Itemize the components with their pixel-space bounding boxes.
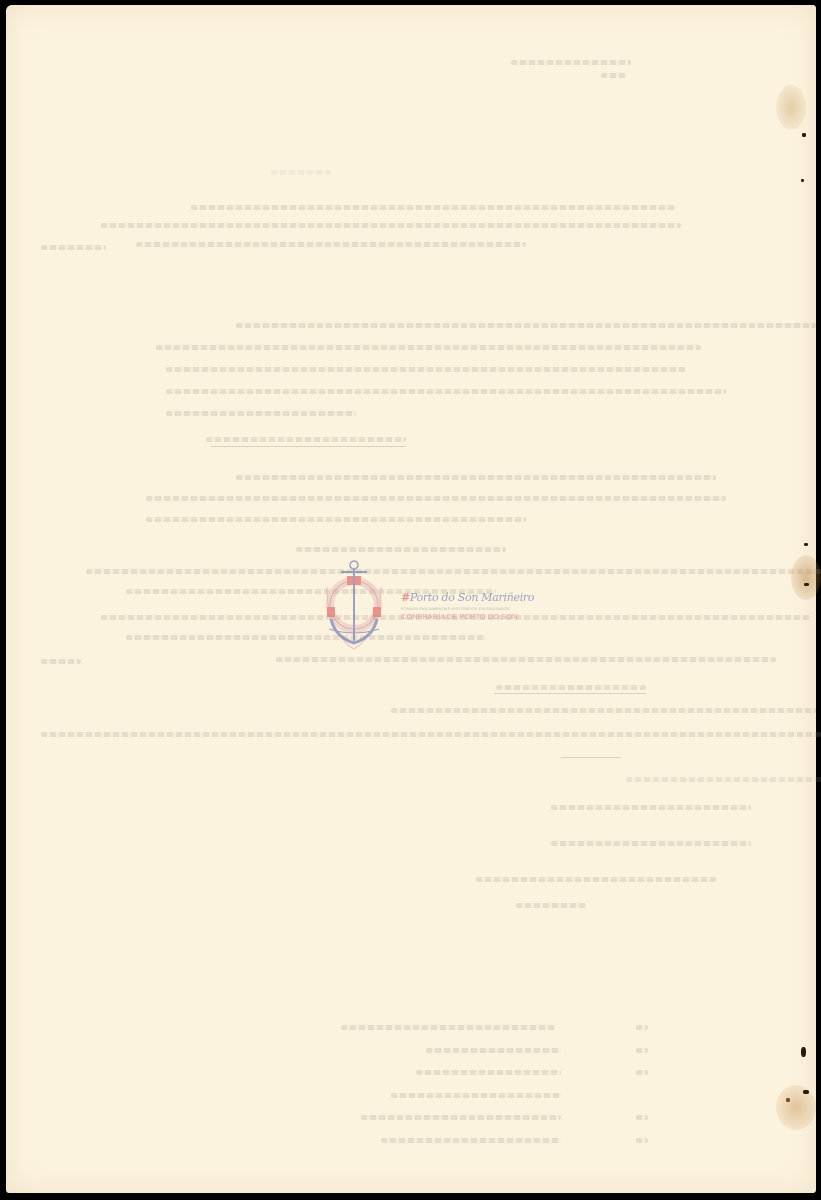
watermark-organization: CONFRARÍA DE PORTO DO SON — [401, 612, 534, 621]
document-page: #Porto do Son Mariñeiro FONDOS DOCUMENTA… — [6, 5, 816, 1193]
watermark-text: #Porto do Son Mariñeiro FONDOS DOCUMENTA… — [401, 591, 534, 621]
anchor-lifebuoy-icon — [319, 557, 389, 652]
watermark-subtitle: FONDOS DOCUMENTAIS HISTÓRICOS DIXITALIZA… — [401, 606, 534, 611]
archive-watermark: #Porto do Son Mariñeiro FONDOS DOCUMENTA… — [319, 557, 524, 652]
watermark-title: #Porto do Son Mariñeiro — [401, 591, 534, 604]
